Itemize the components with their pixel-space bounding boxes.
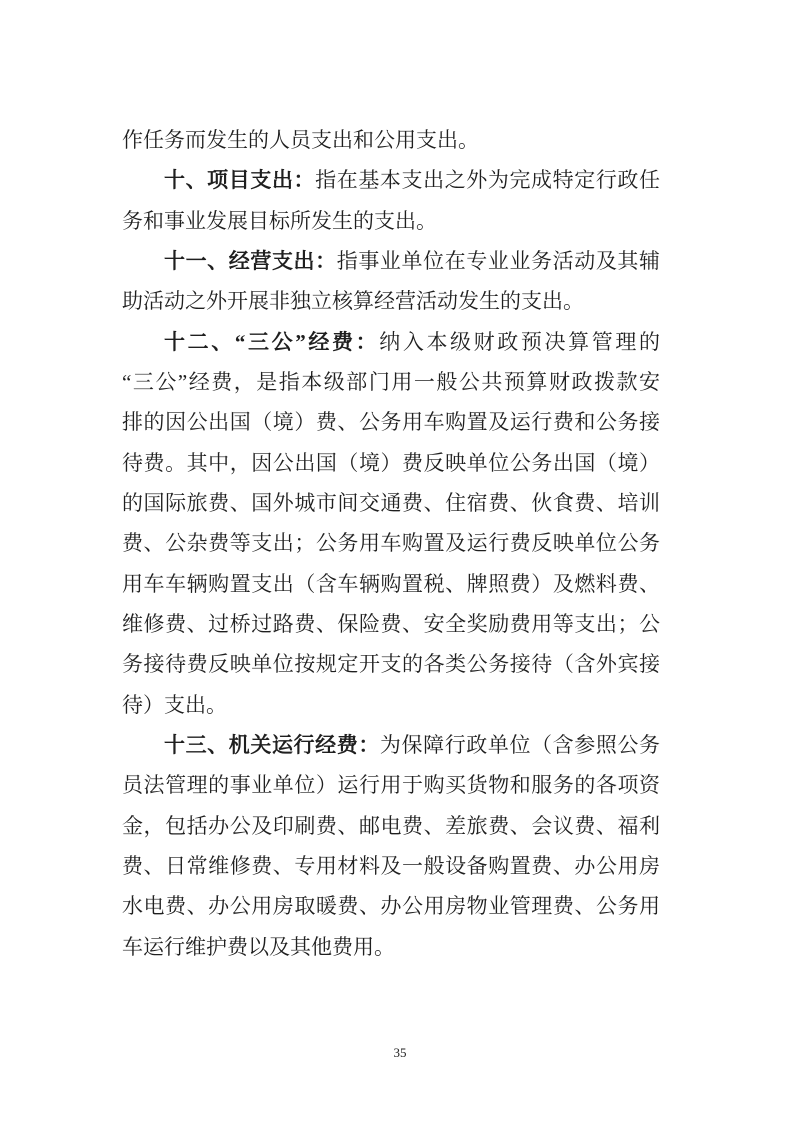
document-line: 十三、机关运行经费：为保障行政单位（含参照公务 [122,725,660,765]
document-line: “三公”经费，是指本级部门用一般公共预算财政拨款安 [122,362,660,402]
document-line: 水电费、办公用房取暖费、办公用房物业管理费、公务用 [122,886,660,926]
text-run: “三公”经费，是指本级部门用一般公共预算财政拨款安 [122,370,660,394]
text-run: 指事业单位在专业业务活动及其辅 [337,249,660,273]
text-run: 车运行维护费以及其他费用。 [122,935,395,959]
text-run: 待费。其中，因公出国（境）费反映单位公务出国（境） [122,451,660,475]
text-run: 的国际旅费、国外城市间交通费、住宿费、伙食费、培训 [122,491,660,515]
term-label-bold-run: 十三、机关运行经费： [164,733,380,757]
text-run: 费、公杂费等支出；公务用车购置及运行费反映单位公务 [122,531,660,555]
document-line: 车运行维护费以及其他费用。 [122,927,660,967]
text-run: 员法管理的事业单位）运行用于购买货物和服务的各项资 [122,773,660,797]
page-number: 35 [0,1044,800,1062]
text-run: 待）支出。 [122,693,227,717]
document-line: 费、日常维修费、专用材料及一般设备购置费、办公用房 [122,846,660,886]
document-line: 十二、“三公”经费：纳入本级财政预决算管理的 [122,322,660,362]
document-line: 用车车辆购置支出（含车辆购置税、牌照费）及燃料费、 [122,564,660,604]
document-page: 作任务而发生的人员支出和公用支出。十、项目支出：指在基本支出之外为完成特定行政任… [0,0,800,1131]
text-run: 维修费、过桥过路费、保险费、安全奖励费用等支出；公 [122,612,660,636]
document-line: 作任务而发生的人员支出和公用支出。 [122,120,660,160]
document-line: 费、公杂费等支出；公务用车购置及运行费反映单位公务 [122,523,660,563]
text-run: 用车车辆购置支出（含车辆购置税、牌照费）及燃料费、 [122,572,660,596]
document-line: 员法管理的事业单位）运行用于购买货物和服务的各项资 [122,765,660,805]
text-run: 指在基本支出之外为完成特定行政任 [315,168,660,192]
text-run: 纳入本级财政预决算管理的 [379,330,660,354]
text-run: 助活动之外开展非独立核算经营活动发生的支出。 [122,289,584,313]
document-line: 的国际旅费、国外城市间交通费、住宿费、伙食费、培训 [122,483,660,523]
document-line: 待费。其中，因公出国（境）费反映单位公务出国（境） [122,443,660,483]
text-run: 务和事业发展目标所发生的支出。 [122,209,437,233]
document-line: 金，包括办公及印刷费、邮电费、差旅费、会议费、福利 [122,806,660,846]
text-run: 费、日常维修费、专用材料及一般设备购置费、办公用房 [122,854,660,878]
document-line: 十、项目支出：指在基本支出之外为完成特定行政任 [122,160,660,200]
document-line: 十一、经营支出：指事业单位在专业业务活动及其辅 [122,241,660,281]
term-label-bold-run: 十、项目支出： [164,168,315,192]
term-label-bold-run: 十一、经营支出： [164,249,337,273]
text-run: 务接待费反映单位按规定开支的各类公务接待（含外宾接 [122,652,660,676]
document-line: 助活动之外开展非独立核算经营活动发生的支出。 [122,281,660,321]
term-label-bold-run: 十二、“三公”经费： [164,330,379,354]
document-line: 维修费、过桥过路费、保险费、安全奖励费用等支出；公 [122,604,660,644]
document-line: 待）支出。 [122,685,660,725]
text-run: 为保障行政单位（含参照公务 [380,733,660,757]
text-run: 水电费、办公用房取暖费、办公用房物业管理费、公务用 [122,894,660,918]
text-run: 作任务而发生的人员支出和公用支出。 [122,128,479,152]
document-body: 作任务而发生的人员支出和公用支出。十、项目支出：指在基本支出之外为完成特定行政任… [122,120,660,967]
text-run: 金，包括办公及印刷费、邮电费、差旅费、会议费、福利 [122,814,660,838]
document-line: 排的因公出国（境）费、公务用车购置及运行费和公务接 [122,402,660,442]
text-run: 排的因公出国（境）费、公务用车购置及运行费和公务接 [122,410,660,434]
document-line: 务和事业发展目标所发生的支出。 [122,201,660,241]
document-line: 务接待费反映单位按规定开支的各类公务接待（含外宾接 [122,644,660,684]
